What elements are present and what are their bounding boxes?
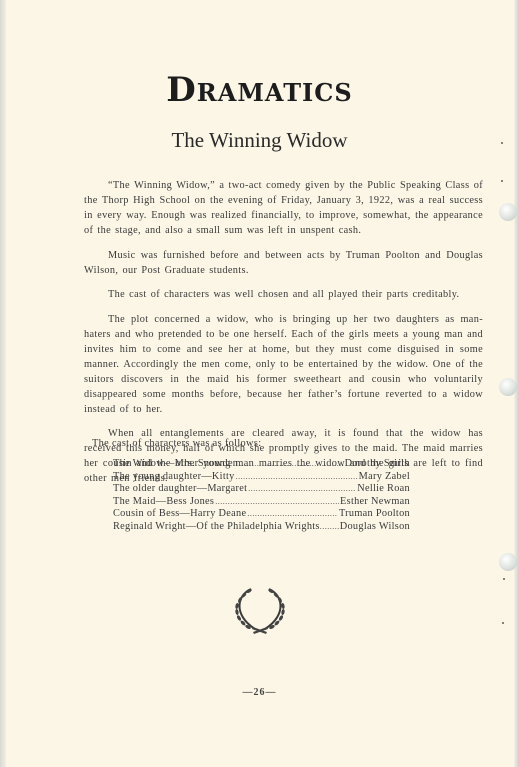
page-left-edge (0, 0, 6, 767)
cast-row: The Widow—Mrs. Snowden Dorothy Smith (113, 458, 410, 471)
paper-speck (501, 180, 503, 182)
section-heading: Dramatics (0, 70, 519, 110)
cast-actor: Mary Zabel (359, 471, 410, 482)
cast-actor: Truman Poolton (339, 508, 410, 519)
binder-hole (499, 378, 517, 396)
binder-hole (499, 553, 517, 571)
paper-speck (503, 578, 505, 580)
cast-role: The young daughter—Kitty (113, 471, 235, 482)
dot-leader (248, 484, 356, 493)
cast-row: The older daughter—Margaret Nellie Roan (113, 483, 410, 496)
paragraph: “The Winning Widow,” a two-act comedy gi… (84, 178, 483, 238)
paragraph: Music was furnished before and between a… (84, 248, 483, 278)
cast-row: Cousin of Bess—Harry Deane Truman Poolto… (113, 508, 410, 521)
cast-actor: Douglas Wilson (340, 521, 410, 532)
cast-row: The young daughter—Kitty Mary Zabel (113, 471, 410, 484)
page-number: —26— (0, 687, 519, 698)
cast-actor: Esther Newman (340, 496, 410, 507)
cast-row: Reginald Wright—Of the Philadelphia Wrig… (113, 521, 410, 534)
dot-leader (236, 472, 358, 481)
dot-leader (215, 497, 339, 506)
paragraph: The plot concerned a widow, who is bring… (84, 312, 483, 417)
dot-leader (320, 522, 340, 531)
article-title: The Winning Widow (0, 128, 519, 153)
cast-intro: The cast of characters was as follows: (92, 438, 261, 449)
dot-leader (247, 509, 338, 518)
paragraph: The cast of characters was well chosen a… (84, 287, 483, 302)
cast-role: Cousin of Bess—Harry Deane (113, 508, 246, 519)
cast-role: The older daughter—Margaret (113, 483, 247, 494)
cast-actor: Nellie Roan (357, 483, 410, 494)
cast-actor: Dorothy Smith (345, 458, 410, 469)
cast-list: The Widow—Mrs. Snowden Dorothy Smith The… (113, 458, 410, 534)
cast-role: The Widow—Mrs. Snowden (113, 458, 238, 469)
cast-row: The Maid—Bess Jones Esther Newman (113, 496, 410, 509)
dot-leader (239, 459, 343, 468)
cast-role: The Maid—Bess Jones (113, 496, 214, 507)
laurel-wreath-icon (229, 585, 291, 635)
binder-hole (499, 203, 517, 221)
paper-speck (502, 622, 504, 624)
cast-role: Reginald Wright—Of the Philadelphia Wrig… (113, 521, 320, 532)
